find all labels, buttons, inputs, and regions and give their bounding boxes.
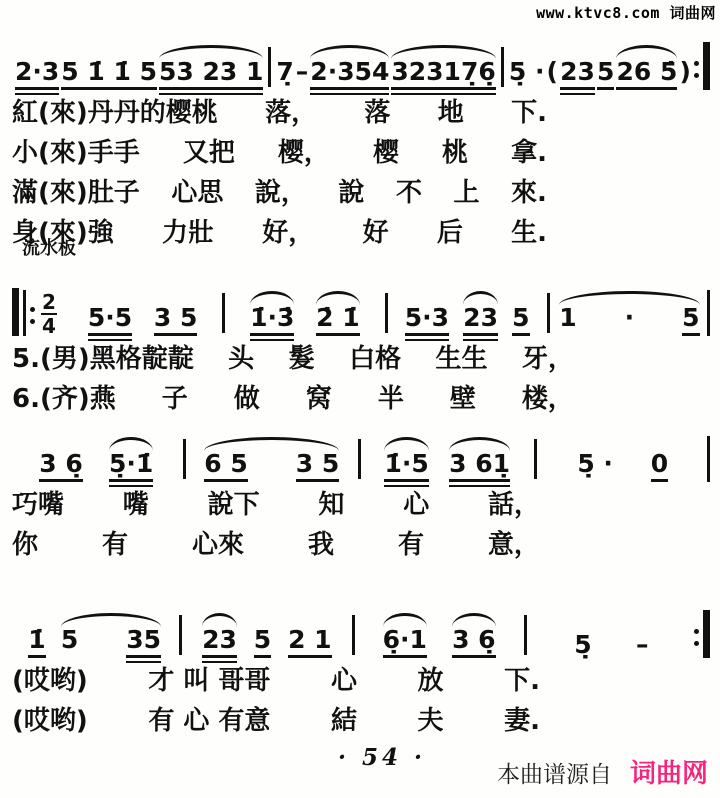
source-prefix: 本曲谱源自 <box>497 756 612 789</box>
note-group: 5·3 <box>404 305 450 336</box>
note-group: 5 <box>253 627 272 658</box>
note: 2 1 <box>287 627 333 658</box>
lyric-cell: 放 <box>418 660 444 697</box>
repeat-end-sign <box>694 42 710 90</box>
note-group: 6 53 5 <box>203 451 340 482</box>
lyric-cell: 下. <box>511 92 547 129</box>
lyric-cell: 5.(男)黑格靛靛 <box>12 338 194 375</box>
lyric-line: 紅(來)丹丹的樱桃落，落地下. <box>12 92 547 130</box>
note-group: 6̣·1 <box>382 627 428 658</box>
lyric-cell: 有 <box>398 524 424 561</box>
barline-thick <box>703 42 710 90</box>
lyric-cell: 有 心 有意 <box>148 700 270 737</box>
note: 26 5̇ <box>615 59 678 90</box>
note-group: 5̣·1̇ <box>108 451 154 482</box>
lyric-cell: 生生 <box>436 338 488 375</box>
lyric-cell: 我 <box>308 524 334 561</box>
measure: 5·53 5 <box>65 305 220 336</box>
note-text: 23 <box>463 305 498 336</box>
note-text: 2 1 <box>288 627 332 658</box>
repeat-begin-sign <box>12 288 35 336</box>
barline-thick <box>12 288 19 336</box>
note: 53 23 1 <box>158 59 264 90</box>
note-text: 2·354 <box>310 59 389 90</box>
lyric-cell: (哎哟) <box>12 660 88 697</box>
note-group: 5 1̇ 1̇ 5 <box>60 59 158 90</box>
music-line: 2·35 1̇ 1̇ 553 23 17̣–2·35432317̣6̣5̣ ·(… <box>12 12 710 90</box>
lyric-cell: 拿. <box>511 132 547 169</box>
lyric-cell: 紅(來)丹丹的樱桃 <box>12 92 218 129</box>
sheet-music-page: www.ktvc8.com 词曲网 2·35 1̇ 1̇ 553 23 17̣–… <box>0 0 720 798</box>
measure: 5·3235 <box>390 305 545 336</box>
note-text: 32317̣6̣ <box>391 59 495 90</box>
note: 3 6̣ <box>451 627 497 658</box>
note-group: 3 5 <box>153 305 199 336</box>
note-text: 5̣ <box>574 632 591 658</box>
note: 2̇ 1̇ <box>315 305 361 336</box>
barline <box>501 47 504 87</box>
measure: 1̇·53 61̣ <box>363 451 532 482</box>
lyric-cell: 嘴 <box>123 484 149 521</box>
lyric-cell: 又把 <box>183 132 235 169</box>
barline <box>183 439 186 479</box>
measure: 6̣·13 6̣ <box>357 627 522 658</box>
note-text: 0 <box>651 451 668 482</box>
note-text: 3 61̣ <box>449 451 510 482</box>
lyric-cell: 不 <box>396 172 422 209</box>
note-group: 2·3 <box>14 59 60 90</box>
music-line: 245·53 51̇·3̇2̇ 1̇5·32351·5 <box>12 258 710 336</box>
measure: 5̣ ·0 <box>539 451 708 482</box>
lyric-cell: 地 <box>438 92 464 129</box>
note-text: 6̣·1 <box>383 627 427 658</box>
lyric-line: (哎哟)有 心 有意結夫妻. <box>12 700 540 738</box>
note-group: 2·354 <box>309 59 390 90</box>
measure: 1̇535 <box>12 627 177 658</box>
note: 2·354 <box>309 59 390 90</box>
note: 0 <box>650 451 669 482</box>
note-text: 26 5̇ <box>616 59 677 90</box>
note-group: 7̣ <box>275 59 294 85</box>
lyric-cell: 心 <box>331 660 357 697</box>
note: 3 5 <box>153 305 199 336</box>
note-text: 5̣ · <box>509 59 545 85</box>
time-signature-top: 2 <box>42 292 56 312</box>
barline <box>547 293 550 333</box>
note-text: 5 <box>597 59 614 90</box>
note: 1̇ <box>27 627 46 658</box>
note: 5 <box>511 305 530 336</box>
note: 5̣ · <box>576 451 614 477</box>
lyric-line: 5.(男)黑格靛靛头髮白格生生牙， <box>12 338 574 376</box>
note-text: ) <box>679 59 690 85</box>
barline-thick <box>703 610 710 658</box>
note-group: 1̇ <box>27 627 46 658</box>
note: 5̣·1̇ <box>108 451 154 482</box>
lyric-cell: 小(來)手手 <box>12 132 140 169</box>
music-line: 3 6̣5̣·1̇6 53 51̇·53 61̣5̣ ·0 <box>12 404 710 482</box>
note: 1 <box>558 305 577 331</box>
note: 1̇·3̇ <box>249 305 295 336</box>
lyric-cell: 桃 <box>442 132 468 169</box>
lyric-cell: 樱 <box>373 132 399 169</box>
note-text: 3 5 <box>154 305 198 336</box>
measure: 5̣– <box>529 632 694 658</box>
page-number: · 54 · <box>338 744 426 771</box>
lyric-line: 巧嘴嘴說下知心話， <box>12 484 540 522</box>
note-text: 5 <box>512 305 529 336</box>
lyric-cell: 說下 <box>208 484 260 521</box>
lyric-cell: (哎哟) <box>12 700 88 737</box>
barline <box>358 439 361 479</box>
lyric-cell: 話， <box>488 484 540 521</box>
note-group: ) <box>678 59 691 85</box>
measure: 1·5 <box>552 305 707 336</box>
note-group: 23 <box>559 59 596 90</box>
note-group: 3 61̣ <box>448 451 511 482</box>
lyric-cell: 知 <box>318 484 344 521</box>
note: 7̣ <box>275 59 294 85</box>
lyric-cell: 滿(來)肚子 <box>12 172 140 209</box>
note: 5 <box>60 627 79 653</box>
lyric-cell: 結 <box>331 700 357 737</box>
note-group: 5̣ · <box>576 451 614 477</box>
note: 5·3 <box>404 305 450 336</box>
note-text: ( <box>547 59 558 85</box>
note-text: 6 5 <box>204 451 248 482</box>
note-text: 2·3 <box>15 59 59 90</box>
note: 6 5 <box>203 451 249 482</box>
measure: 7̣–2·35432317̣6̣ <box>273 59 498 90</box>
music-system: 1̇5352352 16̣·13 6̣5̣–(哎哟)才 叫 哥哥心放下.(哎哟)… <box>12 580 710 738</box>
note: ( <box>546 59 559 85</box>
note-group: 23 <box>462 305 499 336</box>
note-group: 5 <box>511 305 530 336</box>
note-text: · <box>625 305 635 331</box>
lyric-line: 滿(來)肚子心思說，說不上來. <box>12 172 547 210</box>
note-group: 1·5 <box>558 305 700 336</box>
note-group: 1̇·3̇ <box>249 305 295 336</box>
note-text: 5·5 <box>88 305 132 336</box>
measure: 5̣ ·(23526 5̇) <box>506 59 694 90</box>
note: 23 <box>462 305 499 336</box>
note-text: 1̇ <box>28 627 45 658</box>
lyric-cell: 落， <box>265 92 317 129</box>
note-text: 3 6̣ <box>39 451 83 482</box>
note-group: 32317̣6̣ <box>390 59 496 90</box>
lyric-cell: 來. <box>511 172 547 209</box>
note-text: – <box>296 59 309 85</box>
barline <box>534 439 537 479</box>
measure: 2·35 1̇ 1̇ 553 23 1 <box>12 59 266 90</box>
lyric-cell: 說， <box>255 172 307 209</box>
note: 2·3 <box>14 59 60 90</box>
lyric-cell: 你 <box>12 524 38 561</box>
note-group: 2̇ 1̇ <box>315 305 361 336</box>
note: 5 1̇ 1̇ 5 <box>60 59 158 90</box>
note-group: – <box>635 632 650 658</box>
note: 5̣ <box>573 632 592 658</box>
note: ) <box>678 59 691 85</box>
note-text: 5̣·1̇ <box>109 451 153 482</box>
measure: 6 53 5 <box>188 451 357 482</box>
barline <box>524 615 527 655</box>
note-group: 535 <box>60 627 162 658</box>
lyric-cell: 下. <box>504 660 540 697</box>
lyric-cell: 牙， <box>522 338 574 375</box>
lyric-cell: 白格 <box>349 338 401 375</box>
source-credit: 本曲谱源自 词曲网 <box>497 753 708 790</box>
note: 35 <box>125 627 162 658</box>
repeat-dots <box>694 61 699 78</box>
note-text: 23 <box>560 59 595 90</box>
music-system: 3 6̣5̣·1̇6 53 51̇·53 61̣5̣ ·0巧嘴嘴說下知心話，你有… <box>12 404 710 562</box>
note-group: 0 <box>650 451 669 482</box>
lyric-cell: 說 <box>338 172 364 209</box>
note: 3 5 <box>295 451 341 482</box>
music-system: 流水板245·53 51̇·3̇2̇ 1̇5·32351·55.(男)黑格靛靛头… <box>12 234 710 416</box>
repeat-end-sign <box>694 610 710 658</box>
note-group: 5̣ · <box>508 59 546 85</box>
lyric-line: 你有心來我有意， <box>12 524 540 562</box>
lyric-cell: 心 <box>403 484 429 521</box>
note-group: 1̇·5 <box>383 451 429 482</box>
barline <box>222 293 225 333</box>
measure: 3 6̣5̣·1̇ <box>12 451 181 482</box>
time-signature-bottom: 4 <box>42 316 56 336</box>
note: 5̣ · <box>508 59 546 85</box>
note-text: 5̣ · <box>577 451 613 477</box>
barline-thin <box>23 290 26 336</box>
note-text: 7̣ <box>276 59 293 85</box>
barline-end <box>707 290 710 336</box>
repeat-dots <box>694 629 699 646</box>
note-text: 53 23 1 <box>159 59 263 90</box>
note-group: ( <box>546 59 559 85</box>
barline-end <box>707 436 710 482</box>
note-group: 53 23 1 <box>158 59 264 90</box>
note-group: 3 6̣ <box>38 451 84 482</box>
note-text: 5 <box>254 627 271 658</box>
note-text: 1 <box>559 305 576 331</box>
lyric-cell: 才 叫 哥哥 <box>148 660 270 697</box>
barline <box>352 615 355 655</box>
time-signature: 24 <box>41 292 57 337</box>
note: 5 <box>253 627 272 658</box>
note-group: 3 6̣ <box>451 627 497 658</box>
music-line: 1̇5352352 16̣·13 6̣5̣– <box>12 580 710 658</box>
note-text: – <box>636 632 649 658</box>
barline <box>268 47 271 87</box>
lyric-cell: 落 <box>364 92 390 129</box>
lyric-cell: 樱， <box>278 132 330 169</box>
note: 1̇·5 <box>383 451 429 482</box>
note: – <box>635 632 650 658</box>
music-system: 2·35 1̇ 1̇ 553 23 17̣–2·35432317̣6̣5̣ ·(… <box>12 12 710 250</box>
barline <box>179 615 182 655</box>
lyric-cell: 髮 <box>289 338 315 375</box>
note: 6̣·1 <box>382 627 428 658</box>
note-group: 5·5 <box>87 305 133 336</box>
repeat-dots <box>30 307 35 324</box>
note: 5·5 <box>87 305 133 336</box>
note-text: 5 1̇ 1̇ 5 <box>61 59 157 90</box>
lyric-cell: 上 <box>454 172 480 209</box>
note-text: 1̇·5 <box>384 451 428 482</box>
note-text: 3 6̣ <box>452 627 496 658</box>
note-text: 5·3 <box>405 305 449 336</box>
lyric-cell: 意， <box>488 524 540 561</box>
tempo-label: 流水板 <box>22 234 710 256</box>
note: 5 <box>681 305 700 336</box>
lyric-cell: 心思 <box>171 172 223 209</box>
note-text: 2̇ 1̇ <box>316 305 360 336</box>
note-text: 35 <box>126 627 161 658</box>
lyric-line: 小(來)手手又把樱，樱桃拿. <box>12 132 547 170</box>
note: · <box>624 305 636 331</box>
note: – <box>295 59 310 85</box>
note-group: 5 <box>596 59 615 90</box>
lyric-cell: 夫 <box>418 700 444 737</box>
lyric-cell: 有 <box>102 524 128 561</box>
lyric-cell: 头 <box>228 338 254 375</box>
note: 32317̣6̣ <box>390 59 496 90</box>
note-group: 23 <box>201 627 238 658</box>
note-text: 5 <box>682 305 699 336</box>
note-group: 26 5̇ <box>615 59 678 90</box>
note: 23 <box>201 627 238 658</box>
note-group: – <box>295 59 310 85</box>
note-group: 2 1 <box>287 627 333 658</box>
source-site-name: 词曲网 <box>630 753 708 790</box>
note-group: 5̣ <box>573 632 592 658</box>
measure: 2352 1 <box>184 627 349 658</box>
measure: 1̇·3̇2̇ 1̇ <box>227 305 382 336</box>
note: 3 6̣ <box>38 451 84 482</box>
note-text: 1̇·3̇ <box>250 305 294 336</box>
note: 3 61̣ <box>448 451 511 482</box>
note-text: 23 <box>202 627 237 658</box>
barline <box>385 293 388 333</box>
note-text: 3 5 <box>296 451 340 482</box>
lyric-cell: 心來 <box>192 524 244 561</box>
lyric-cell: 妻. <box>504 700 540 737</box>
note: 23 <box>559 59 596 90</box>
lyric-cell: 巧嘴 <box>12 484 64 521</box>
note-text: 5 <box>61 627 78 653</box>
note: 5 <box>596 59 615 90</box>
lyric-line: (哎哟)才 叫 哥哥心放下. <box>12 660 540 698</box>
